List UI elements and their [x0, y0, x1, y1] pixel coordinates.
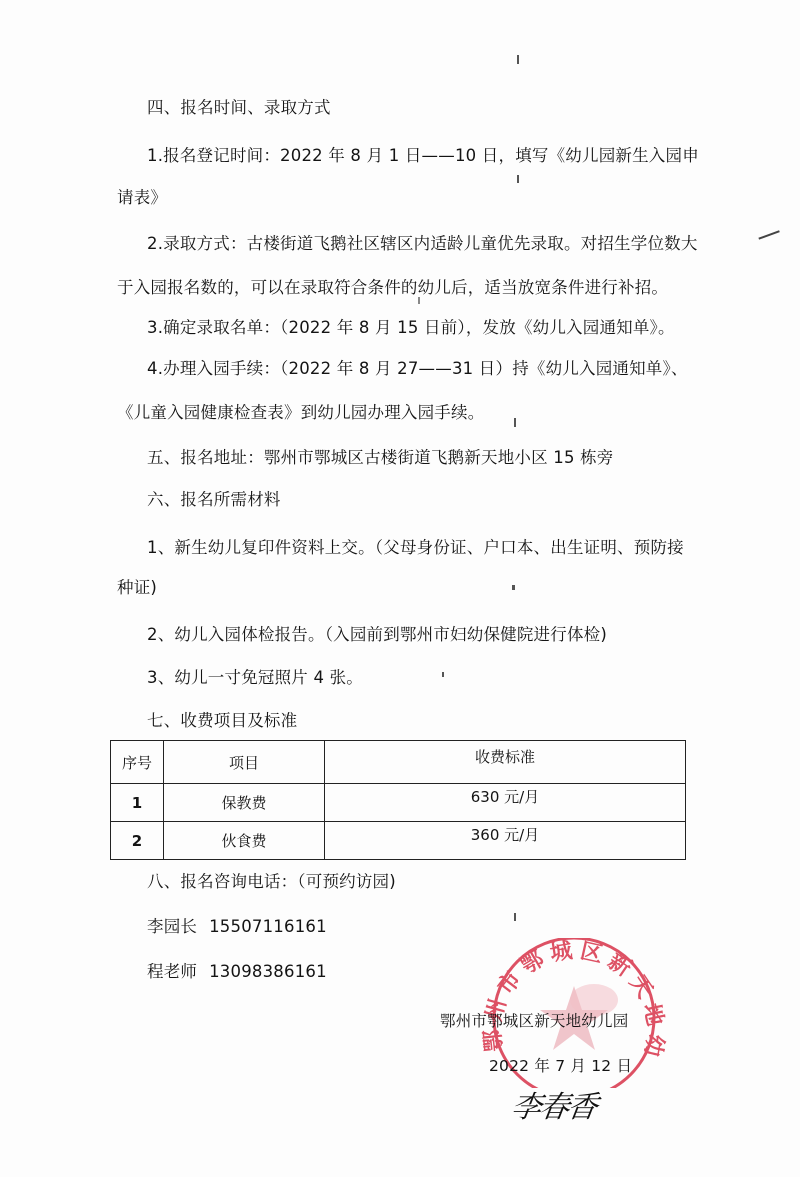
section4-item4-line1: 4.办理入园手续：（2022 年 8 月 27——31 日）持《幼儿入园通知单》…: [147, 358, 688, 380]
table-row: 2 伙食费 360 元/月: [111, 822, 686, 860]
row-number: 2: [111, 822, 164, 860]
handwritten-signature: 李春香: [509, 1082, 599, 1126]
section-heading-6: 六、报名所需材料: [147, 489, 281, 511]
section4-item2-line1: 2.录取方式：古楼街道飞鹅社区辖区内适龄儿童优先录取。对招生学位数大: [147, 233, 698, 255]
column-header-standard-label: 收费标准: [475, 748, 535, 766]
scan-artifact: [442, 672, 444, 677]
section-heading-8: 八、报名咨询电话：（可预约访园): [147, 871, 396, 893]
scan-artifact: [514, 418, 516, 427]
section-heading-7: 七、收费项目及标准: [147, 710, 297, 732]
column-header-number: 序号: [111, 741, 164, 784]
contact-entry: 李园长15507116161: [147, 916, 327, 938]
section6-item2: 2、幼儿入园体检报告。（入园前到鄂州市妇幼保健院进行体检): [147, 624, 607, 646]
column-header-standard: 收费标准: [325, 741, 686, 784]
section4-item3: 3.确定录取名单：（2022 年 8 月 15 日前），发放《幼儿入园通知单》。: [147, 317, 675, 339]
column-header-item: 项目: [164, 741, 325, 784]
section4-item2-line2: 于入园报名数的，可以在录取符合条件的幼儿后，适当放宽条件进行补招。: [117, 277, 668, 299]
row-standard: 360 元/月: [325, 822, 686, 860]
scan-artifact: [517, 55, 519, 64]
section4-item4-line2: 《儿童入园健康检查表》到幼儿园办理入园手续。: [117, 402, 484, 424]
section6-item1-line2: 种证): [117, 577, 157, 599]
contact-phone: 15507116161: [209, 917, 327, 936]
section4-item1-line2: 请表》: [117, 187, 167, 209]
row-item: 伙食费: [164, 822, 325, 860]
section6-item1-line1: 1、新生幼儿复印件资料上交。（父母身份证、户口本、出生证明、预防接: [147, 537, 684, 559]
document-date: 2022 年 7 月 12 日: [489, 1055, 632, 1077]
organization-name: 鄂州市鄂城区新天地幼儿园: [440, 1010, 628, 1032]
section4-item1-line1: 1.报名登记时间：2022 年 8 月 1 日——10 日，填写《幼儿园新生入园…: [147, 145, 699, 167]
section6-item3: 3、幼儿一寸免冠照片 4 张。: [147, 667, 363, 689]
section-heading-4: 四、报名时间、录取方式: [147, 97, 331, 119]
scanned-document-page: 四、报名时间、录取方式 1.报名登记时间：2022 年 8 月 1 日——10 …: [0, 0, 800, 1177]
scan-artifact: [512, 585, 515, 590]
contact-name: 程老师: [147, 962, 197, 981]
fee-table-header-row: 序号 项目 收费标准: [111, 741, 686, 784]
row-number: 1: [111, 784, 164, 822]
scan-artifact: [514, 913, 516, 921]
contact-phone: 13098386161: [209, 962, 327, 981]
section-heading-5: 五、报名地址：鄂州市鄂城区古楼街道飞鹅新天地小区 15 栋旁: [147, 447, 614, 469]
row-standard: 630 元/月: [325, 784, 686, 822]
table-row: 1 保教费 630 元/月: [111, 784, 686, 822]
contact-name: 李园长: [147, 917, 197, 936]
row-standard-value: 360 元/月: [471, 826, 539, 844]
scan-artifact: [758, 230, 779, 239]
fee-table: 序号 项目 收费标准 1 保教费 630 元/月 2 伙食费 360 元/月: [110, 740, 686, 860]
contact-entry: 程老师13098386161: [147, 961, 327, 983]
row-standard-value: 630 元/月: [471, 788, 539, 806]
scan-artifact: [517, 175, 519, 183]
row-item: 保教费: [164, 784, 325, 822]
